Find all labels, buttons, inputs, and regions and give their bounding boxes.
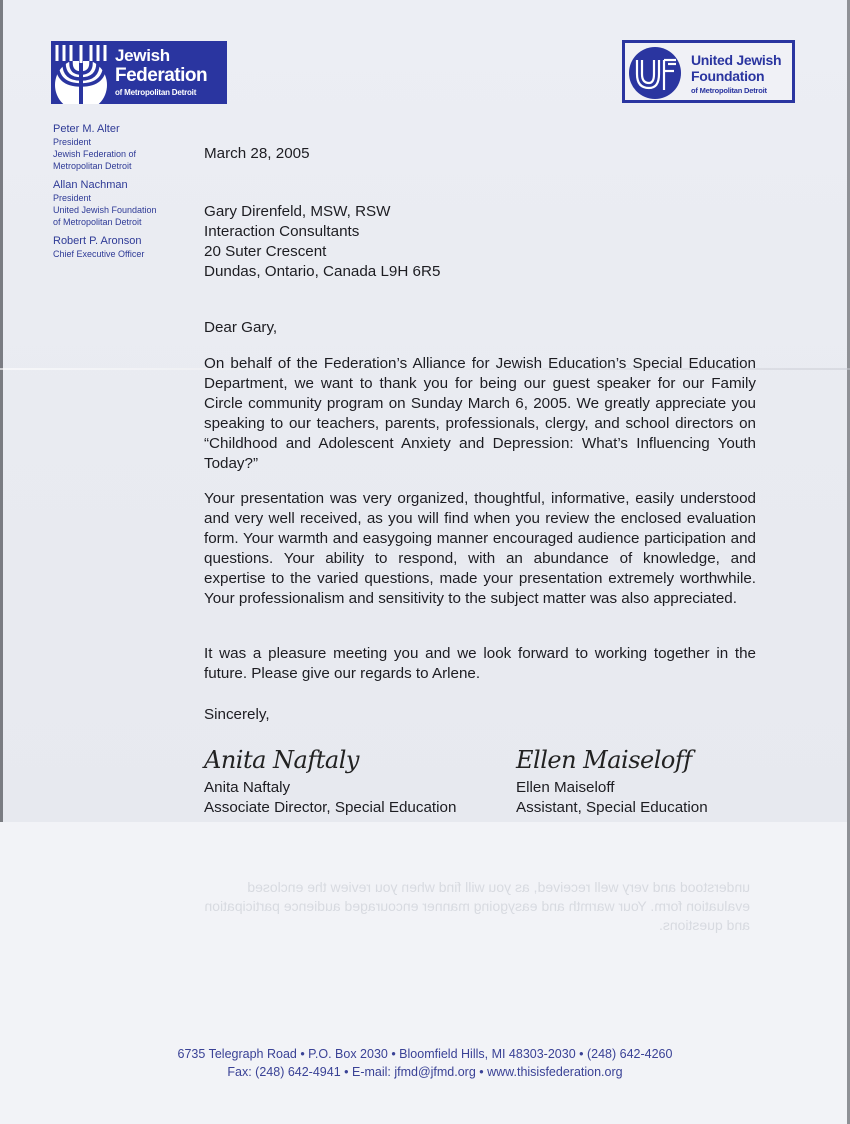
scan-edge-left (0, 0, 3, 822)
officer-role: of Metropolitan Detroit (53, 216, 193, 228)
letterhead-footer: 6735 Telegraph Road • P.O. Box 2030 • Bl… (0, 1045, 850, 1081)
officer-role: Metropolitan Detroit (53, 160, 193, 172)
logo-text-united-jewish: United Jewish (691, 52, 781, 68)
officer-role: President (53, 192, 193, 204)
recipient-address: Gary Direnfeld, MSW, RSW Interaction Con… (204, 202, 440, 282)
officer-peter-alter: Peter M. Alter President Jewish Federati… (53, 122, 193, 172)
recipient-company: Interaction Consultants (204, 222, 440, 242)
paragraph-closing-remarks: It was a pleasure meeting you and we loo… (204, 644, 756, 684)
handwritten-signature: Ellen Maiseloff (516, 742, 708, 778)
recipient-street: 20 Suter Crescent (204, 242, 440, 262)
jewish-federation-logo: Jewish Federation of Metropolitan Detroi… (51, 41, 227, 104)
logo-text-metro: of Metropolitan Detroit (115, 88, 196, 97)
logo-text-metro: of Metropolitan Detroit (691, 86, 767, 95)
closing: Sincerely, (204, 705, 270, 725)
officer-name: Robert P. Aronson (53, 234, 193, 248)
signatory-name: Anita Naftaly (204, 778, 456, 798)
logo-text-federation: Federation (115, 65, 207, 87)
officer-robert-aronson: Robert P. Aronson Chief Executive Office… (53, 234, 193, 260)
officer-name: Allan Nachman (53, 178, 193, 192)
letter-date: March 28, 2005 (204, 144, 310, 164)
ujf-monogram-icon (628, 46, 682, 100)
bleed-through-text: understood and very well received, as yo… (200, 878, 750, 935)
recipient-name: Gary Direnfeld, MSW, RSW (204, 202, 440, 222)
officer-allan-nachman: Allan Nachman President United Jewish Fo… (53, 178, 193, 228)
signatory-title: Associate Director, Special Education (204, 798, 456, 818)
handwritten-signature: Anita Naftaly (204, 742, 456, 778)
officer-role: Jewish Federation of (53, 148, 193, 160)
united-jewish-foundation-logo: United Jewish Foundation of Metropolitan… (622, 40, 795, 103)
signatory-title: Assistant, Special Education (516, 798, 708, 818)
menorah-icon (51, 41, 113, 104)
recipient-city: Dundas, Ontario, Canada L9H 6R5 (204, 262, 440, 282)
officer-name: Peter M. Alter (53, 122, 193, 136)
paragraph-thanks: On behalf of the Federation’s Alliance f… (204, 354, 756, 474)
officer-role: President (53, 136, 193, 148)
officer-role: United Jewish Foundation (53, 204, 193, 216)
logo-text-foundation: Foundation (691, 68, 764, 84)
footer-address: 6735 Telegraph Road • P.O. Box 2030 • Bl… (0, 1045, 850, 1063)
logo-text-jewish: Jewish (115, 46, 170, 66)
signatory-anita-naftaly: Anita Naftaly Anita Naftaly Associate Di… (204, 742, 456, 818)
footer-contact: Fax: (248) 642-4941 • E-mail: jfmd@jfmd.… (0, 1063, 850, 1081)
officer-role: Chief Executive Officer (53, 248, 193, 260)
officers-list: Peter M. Alter President Jewish Federati… (53, 122, 193, 266)
signatory-ellen-maiseloff: Ellen Maiseloff Ellen Maiseloff Assistan… (516, 742, 708, 818)
signatory-name: Ellen Maiseloff (516, 778, 708, 798)
salutation: Dear Gary, (204, 318, 277, 338)
paragraph-presentation: Your presentation was very organized, th… (204, 489, 756, 609)
